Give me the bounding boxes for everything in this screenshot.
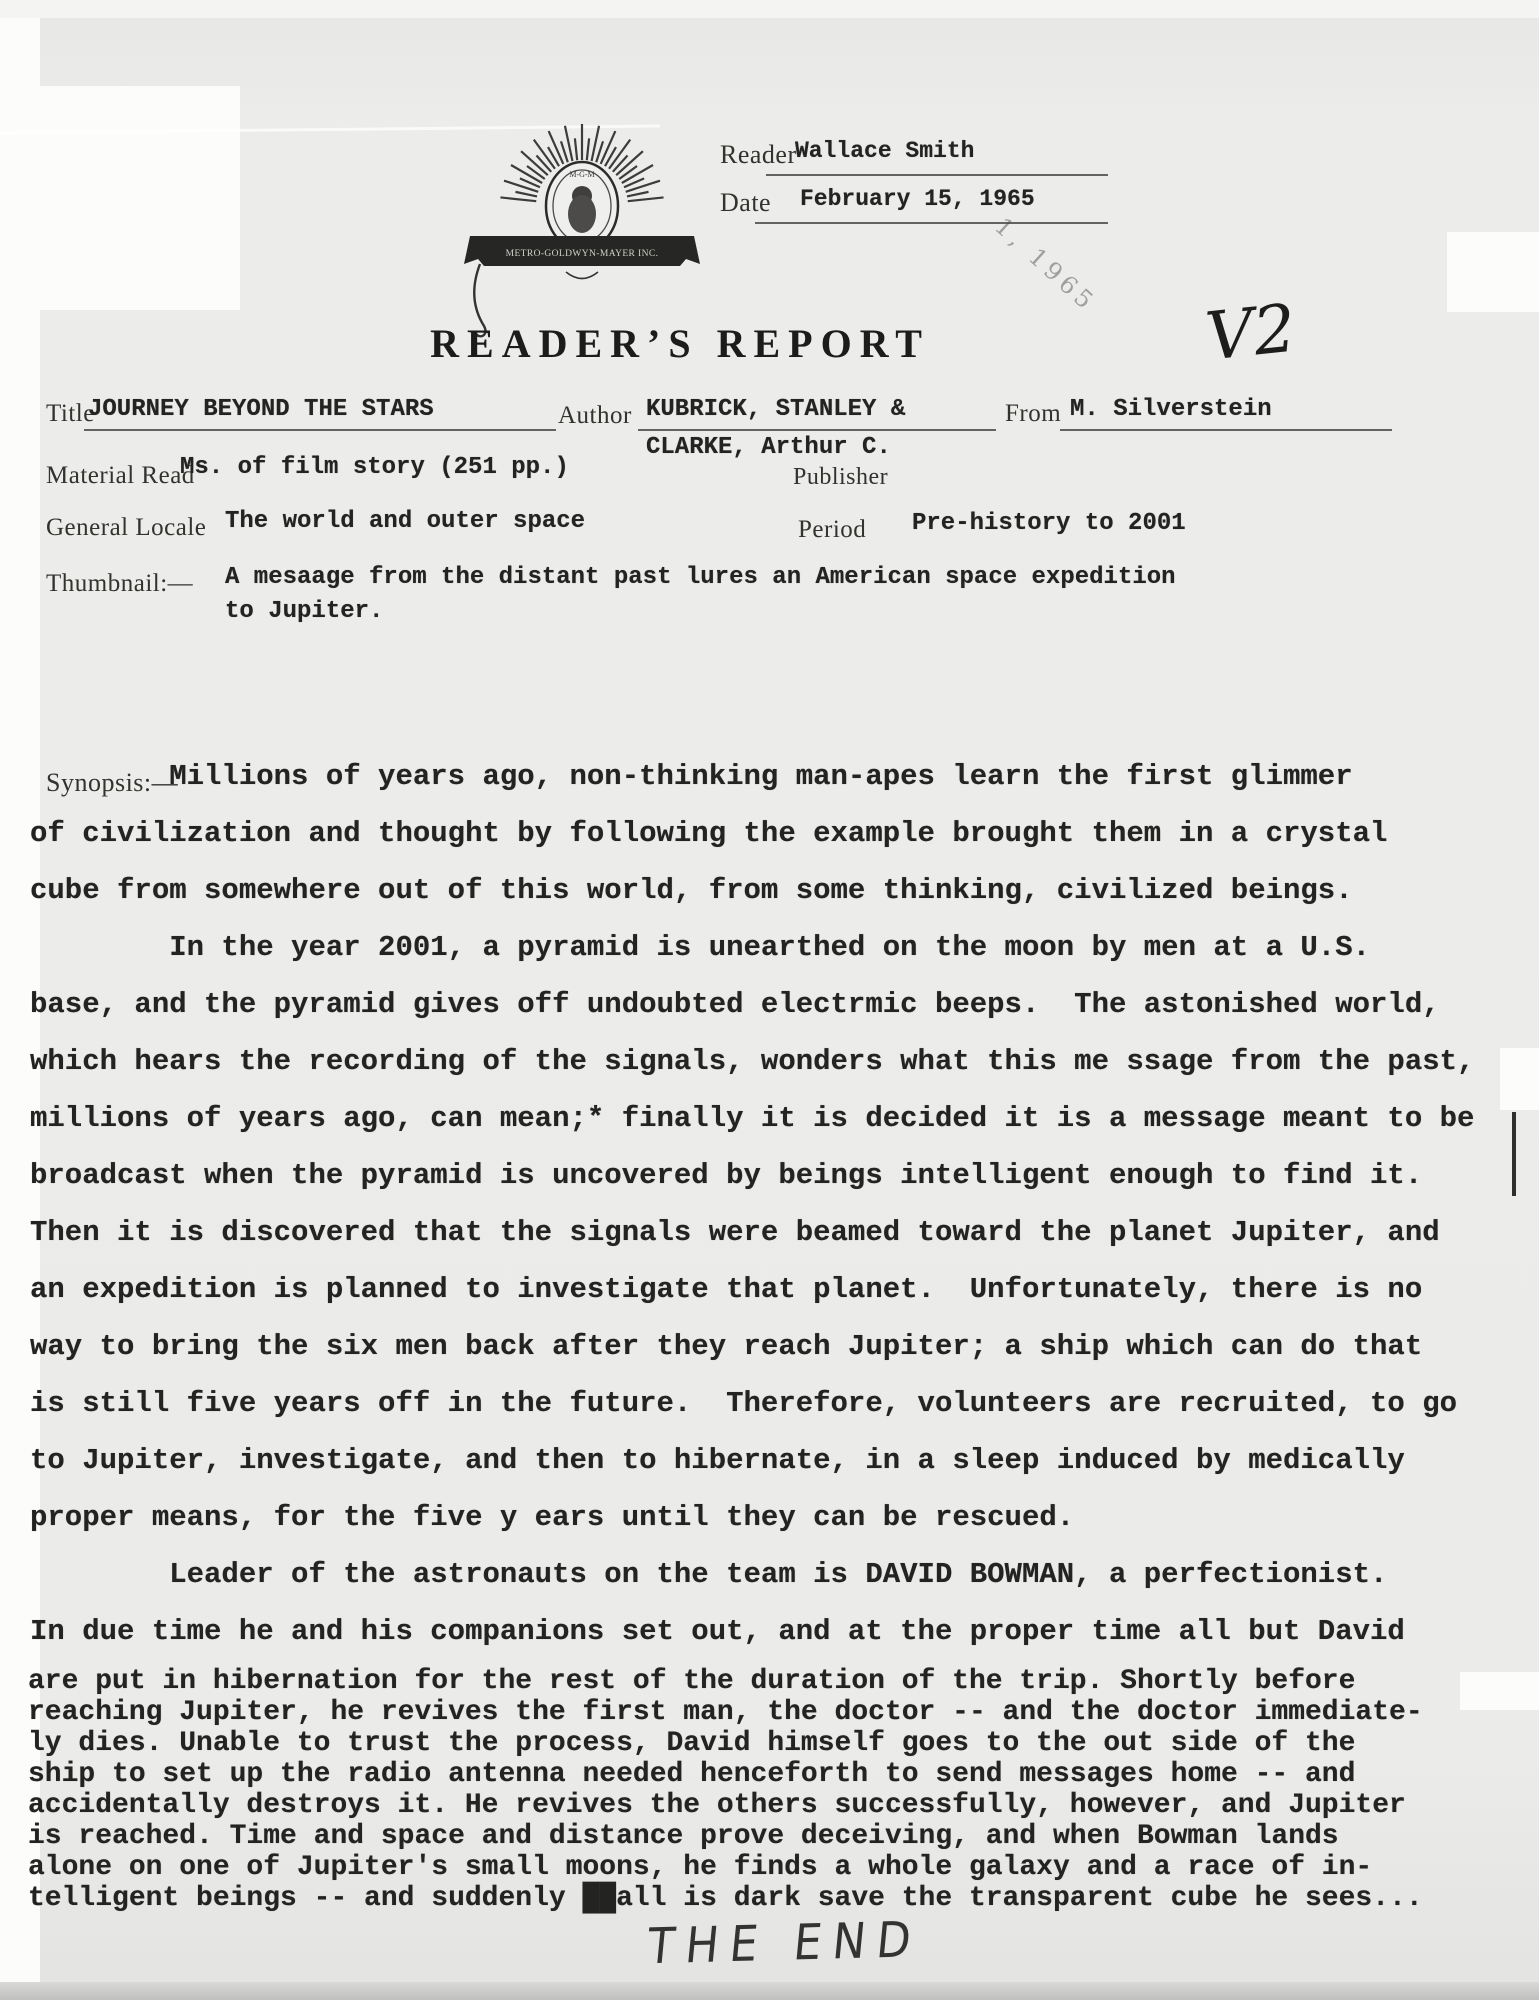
period-value: Pre-history to 2001 bbox=[912, 510, 1186, 537]
date-label: Date bbox=[720, 188, 771, 218]
general-locale-value: The world and outer space bbox=[225, 508, 585, 535]
synopsis-line: reaching Jupiter, he revives the first m… bbox=[28, 1697, 1533, 1728]
synopsis-line: accidentally destroys it. He revives the… bbox=[28, 1790, 1533, 1821]
reader-underline bbox=[766, 174, 1108, 176]
synopsis-line: ly dies. Unable to trust the process, Da… bbox=[28, 1728, 1533, 1759]
synopsis-line: proper means, for the five y ears until … bbox=[30, 1489, 1530, 1546]
material-read-value: Ms. of film story (251 pp.) bbox=[180, 454, 569, 481]
author-value-line-1: KUBRICK, STANLEY & bbox=[646, 396, 905, 423]
synopsis-line: an expedition is planned to investigate … bbox=[30, 1261, 1530, 1318]
scanned-document: { "header": { "logo": { "monogram": "M-G… bbox=[0, 0, 1539, 2000]
thumbnail-value-line-2: to Jupiter. bbox=[225, 598, 383, 625]
banner-flourish bbox=[566, 272, 598, 279]
synopsis-body-single-spaced: are put in hibernation for the rest of t… bbox=[28, 1666, 1533, 1914]
period-label: Period bbox=[798, 516, 866, 544]
synopsis-line: is still five years off in the future. T… bbox=[30, 1375, 1530, 1432]
title-underline bbox=[84, 429, 556, 431]
mgm-logo: M-G-M METRO-GOLDWYN-MAYER INC. bbox=[462, 110, 702, 340]
reader-label: Reader bbox=[720, 140, 797, 170]
synopsis-line: cube from somewhere out of this world, f… bbox=[30, 862, 1530, 919]
synopsis-line: In the year 2001, a pyramid is unearthed… bbox=[30, 919, 1530, 976]
synopsis-body-double-spaced: Millions of years ago, non-thinking man-… bbox=[30, 748, 1530, 1660]
synopsis-line: Millions of years ago, non-thinking man-… bbox=[30, 748, 1530, 805]
logo-monogram: M-G-M bbox=[569, 170, 594, 179]
synopsis-line: which hears the recording of the signals… bbox=[30, 1033, 1530, 1090]
scan-patch-top-left bbox=[40, 86, 240, 310]
logo-banner-text: METRO-GOLDWYN-MAYER INC. bbox=[506, 249, 659, 259]
thumbnail-label: Thumbnail:— bbox=[46, 570, 193, 598]
material-read-label: Material Read bbox=[46, 462, 195, 490]
synopsis-line: way to bring the six men back after they… bbox=[30, 1318, 1530, 1375]
synopsis-line: Leader of the astronauts on the team is … bbox=[30, 1546, 1530, 1603]
handwritten-version-note: V2 bbox=[1202, 290, 1299, 376]
synopsis-line: alone on one of Jupiter's small moons, h… bbox=[28, 1852, 1533, 1883]
scan-edge-bottom bbox=[0, 1982, 1539, 2000]
synopsis-line: are put in hibernation for the rest of t… bbox=[28, 1666, 1533, 1697]
general-locale-label: General Locale bbox=[46, 514, 206, 542]
from-label: From bbox=[1005, 400, 1061, 428]
handwritten-the-end-note: THE END bbox=[645, 1911, 925, 1975]
date-value: February 15, 1965 bbox=[800, 186, 1035, 212]
synopsis-line: of civilization and thought by following… bbox=[30, 805, 1530, 862]
thumbnail-value-line-1: A mesaage from the distant past lures an… bbox=[225, 564, 1176, 591]
reader-value: Wallace Smith bbox=[795, 138, 974, 164]
author-value-line-2: CLARKE, Arthur C. bbox=[646, 434, 891, 461]
date-underline bbox=[755, 222, 1108, 224]
title-value: JOURNEY BEYOND THE STARS bbox=[88, 396, 434, 423]
synopsis-line: telligent beings -- and suddenly ██all i… bbox=[28, 1883, 1533, 1914]
from-value: M. Silverstein bbox=[1070, 396, 1272, 423]
from-underline bbox=[1060, 429, 1392, 431]
author-label: Author bbox=[558, 402, 632, 430]
lion-body bbox=[568, 195, 596, 233]
synopsis-line: to Jupiter, investigate, and then to hib… bbox=[30, 1432, 1530, 1489]
scan-edge-top bbox=[0, 0, 1539, 18]
received-date-stamp: 1, 1965 bbox=[989, 212, 1102, 318]
synopsis-line: base, and the pyramid gives off undoubte… bbox=[30, 976, 1530, 1033]
author-underline bbox=[638, 429, 996, 431]
synopsis-line: millions of years ago, can mean;* finall… bbox=[30, 1090, 1530, 1147]
synopsis-line: is reached. Time and space and distance … bbox=[28, 1821, 1533, 1852]
synopsis-line: ship to set up the radio antenna needed … bbox=[28, 1759, 1533, 1790]
synopsis-line: In due time he and his companions set ou… bbox=[30, 1603, 1530, 1660]
report-title: READER’S REPORT bbox=[400, 320, 960, 367]
synopsis-line: Then it is discovered that the signals w… bbox=[30, 1204, 1530, 1261]
synopsis-line: broadcast when the pyramid is uncovered … bbox=[30, 1147, 1530, 1204]
publisher-label: Publisher bbox=[793, 464, 888, 491]
scan-patch-right-1 bbox=[1447, 232, 1539, 312]
